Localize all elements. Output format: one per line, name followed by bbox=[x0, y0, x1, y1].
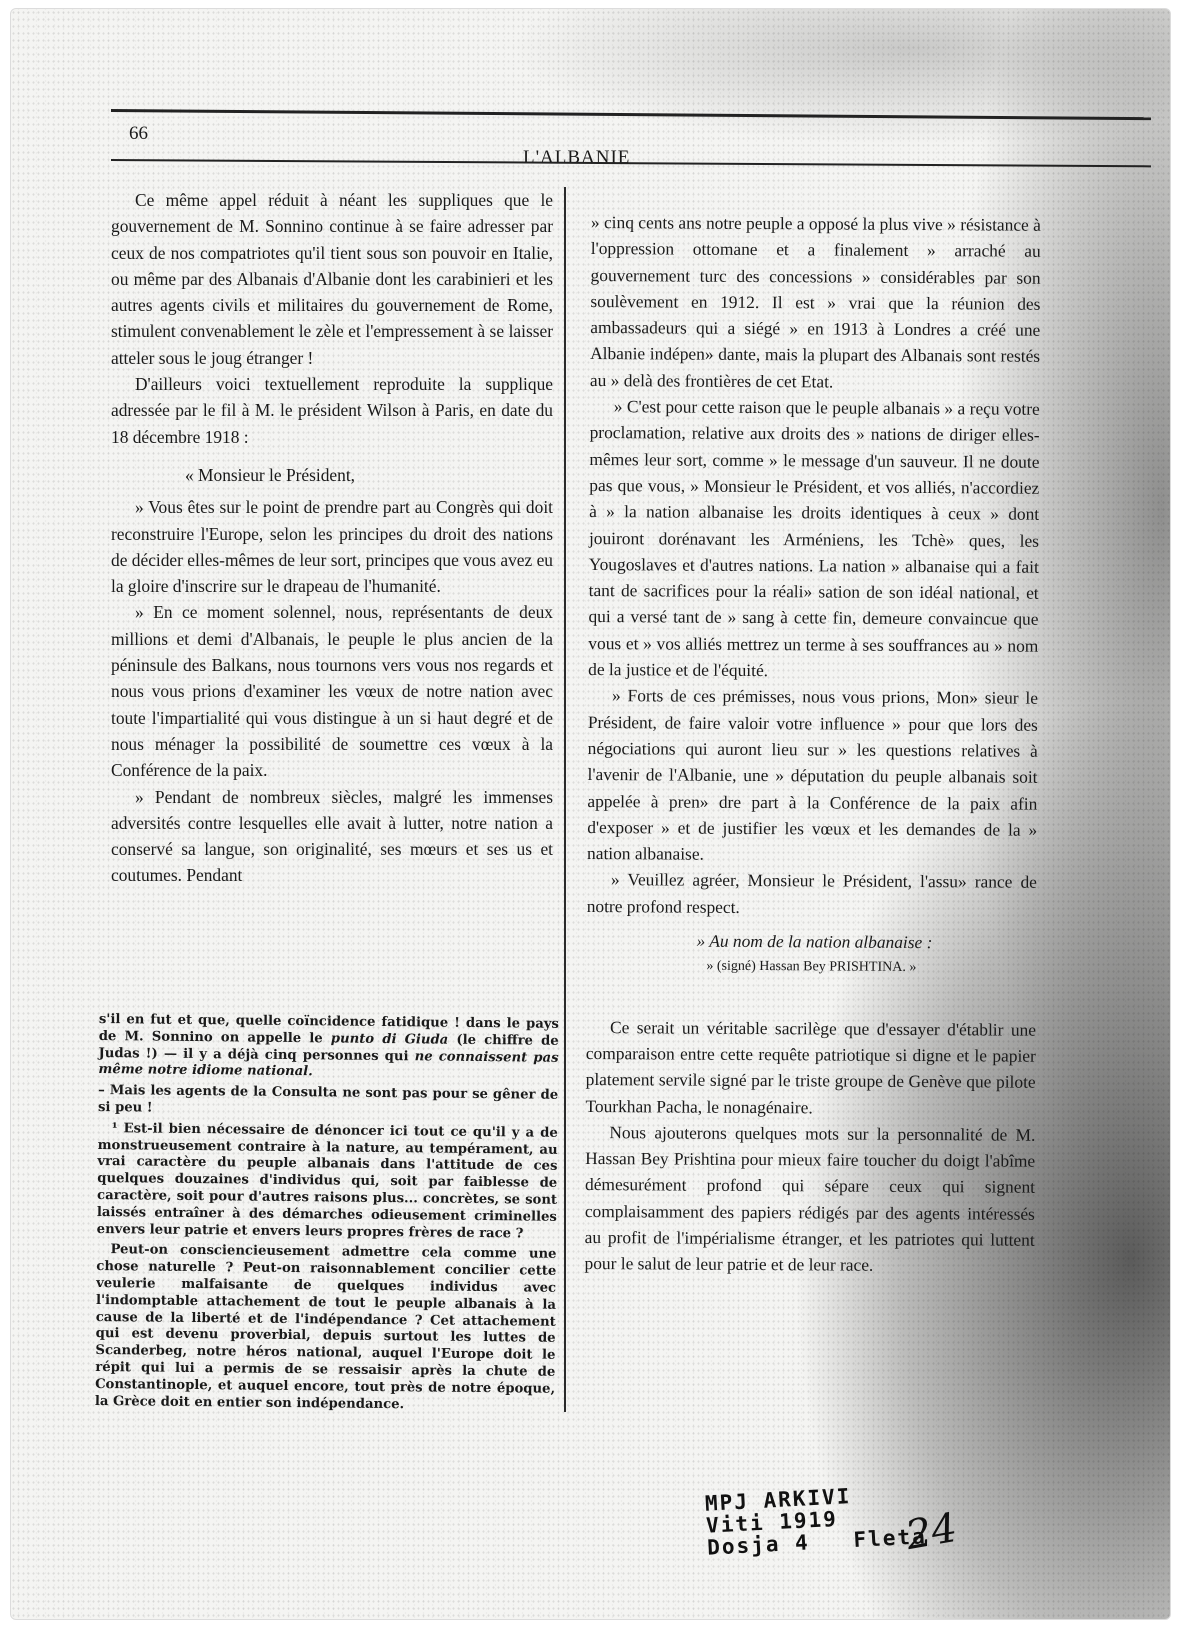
paragraph: D'ailleurs voici textuellement reproduit… bbox=[111, 371, 553, 450]
header-top-rule bbox=[111, 109, 1151, 120]
letter-paragraph: » Vous êtes sur le point de prendre part… bbox=[111, 494, 553, 599]
archive-stamp: MPJ ARKIVI Viti 1919 Dosja 4 Fleta bbox=[704, 1481, 927, 1558]
footnote: Peut-on consciencieusement admettre cela… bbox=[95, 1242, 557, 1415]
letter-paragraph: » Veuillez agréer, Monsieur le Président… bbox=[587, 866, 1037, 921]
page-number: 66 bbox=[129, 123, 148, 145]
scanned-page: 66 L'ALBANIE Ce même appel réduit à néan… bbox=[10, 8, 1171, 1620]
running-title: L'ALBANIE bbox=[523, 147, 630, 169]
letter-signoff: » Au nom de la nation albanaise : bbox=[586, 927, 1036, 956]
right-column: » cinq cents ans notre peuple a opposé l… bbox=[584, 209, 1041, 1279]
column-divider bbox=[564, 187, 566, 1412]
letter-paragraph: » C'est pour cette raison que le peuple … bbox=[588, 393, 1040, 685]
letter-paragraph: » Pendant de nombreux siècles, malgré le… bbox=[111, 784, 553, 889]
paragraph: Ce serait un véritable sacrilège que d'e… bbox=[585, 1014, 1036, 1122]
letter-paragraph: » cinq cents ans notre peuple a opposé l… bbox=[590, 209, 1041, 396]
letter-signature: » (signé) Hassan Bey PRISHTINA. » bbox=[586, 953, 1036, 982]
handwritten-folio-number: 24 bbox=[902, 1505, 960, 1559]
letter-paragraph: » En ce moment solennel, nous, représent… bbox=[111, 599, 553, 783]
paragraph: Ce même appel réduit à néant les suppliq… bbox=[111, 187, 553, 371]
footnotes: s'il en fut et que, quelle coïncidence f… bbox=[95, 1012, 559, 1419]
header-bottom-rule bbox=[111, 159, 1151, 167]
letter-salutation: « Monsieur le Président, bbox=[111, 462, 553, 488]
footnote: s'il en fut et que, quelle coïncidence f… bbox=[98, 1012, 559, 1084]
footnote: – Mais les agents de la Consulta ne sont… bbox=[98, 1083, 558, 1121]
letter-paragraph: » Forts de ces prémisses, nous vous prio… bbox=[587, 682, 1038, 869]
footnote: ¹ Est-il bien nécessaire de dénoncer ici… bbox=[97, 1121, 558, 1243]
paragraph: Nous ajouterons quelques mots sur la per… bbox=[584, 1119, 1035, 1280]
left-column: Ce même appel réduit à néant les suppliq… bbox=[111, 187, 553, 889]
